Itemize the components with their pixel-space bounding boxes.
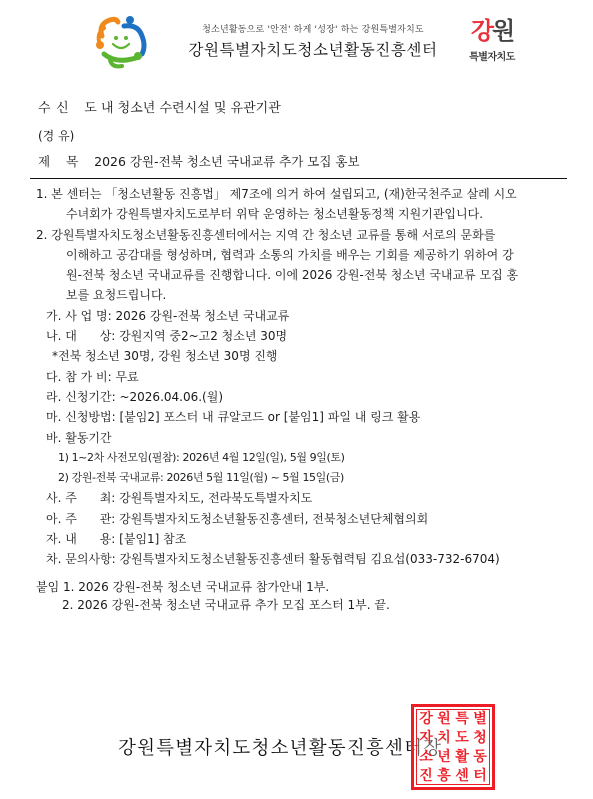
header-slogan: 청소년활동으로 '안전' 하게 '성장' 하는 강원특별자치도 [178,22,448,35]
item-activity-period: 바. 활동기간 [36,428,576,448]
center-logo-icon [92,14,150,70]
signer-title: 강원특별자치도청소년활동진흥센터장 [118,734,442,760]
gangwon-province-logo: 강원 특별자치도 [466,16,518,68]
item-project-name: 가. 사 업 명: 2026 강원-전북 청소년 국내교류 [36,306,576,326]
item-host: 사. 주 최: 강원특별자치도, 전라북도특별자치도 [36,488,576,508]
gangwon-subtitle: 특별자치도 [466,48,518,63]
attachment-1: 붙임 1. 2026 강원-전북 청소년 국내교류 참가안내 1부. [36,579,390,597]
attachments: 붙임 1. 2026 강원-전북 청소년 국내교류 참가안내 1부. 2. 20… [36,579,390,614]
item-application-period: 라. 신청기간: ~2026.04.06.(월) [36,387,576,407]
schedule-2: 2) 강원-전북 국내교류: 2026년 5월 11일(월) ~ 5월 15일(… [36,468,576,488]
header-organization: 강원특별자치도청소년활동진흥센터 [163,38,463,60]
paragraph-1: 1. 본 센터는 「청소년활동 진흥법」 제7조에 의거 하여 설립되고, (재… [36,184,576,225]
schedule-1: 1) 1~2차 사전모임(필참): 2026년 4월 12일(일), 5월 9일… [36,448,576,468]
official-seal-stamp: 강 원 특 별 자 치 도 청 소 년 활 동 진 흥 센 터 [411,704,495,790]
subject-value: 2026 강원-전북 청소년 국내교류 추가 모집 홍보 [94,154,359,169]
seal-characters: 강 원 특 별 자 치 도 청 소 년 활 동 진 흥 센 터 [416,709,490,785]
item-inquiry: 차. 문의사항: 강원특별자치도청소년활동진흥센터 활동협력팀 김요섭(033-… [36,549,576,569]
subject-divider [30,178,567,179]
item-organizer: 아. 주 관: 강원특별자치도청소년활동진흥센터, 전북청소년단체협의회 [36,509,576,529]
target-note: *전북 청소년 30명, 강원 청소년 30명 진행 [36,346,576,366]
attachment-2: 2. 2026 강원-전북 청소년 국내교류 추가 모집 포스터 1부. 끝. [36,597,390,615]
item-target: 나. 대 상: 강원지역 중2~고2 청소년 30명 [36,326,576,346]
document-body: 1. 본 센터는 「청소년활동 진흥법」 제7조에 의거 하여 설립되고, (재… [36,184,576,570]
recipient-line: 수 신 도 내 청소년 수련시설 및 유관기관 [38,97,281,116]
official-document: 청소년활동으로 '안전' 하게 '성장' 하는 강원특별자치도 강원특별자치도청… [0,0,593,799]
item-fee: 다. 참 가 비: 무료 [36,367,576,387]
item-content: 자. 내 용: [붙임1] 참조 [36,529,576,549]
item-application-method: 마. 신청방법: [붙임2] 포스터 내 큐알코드 or [붙임1] 파일 내 … [36,407,576,427]
via-line: (경 유) [38,127,74,144]
gangwon-wordmark: 강원 [466,16,518,46]
recipient-value: 도 내 청소년 수련시설 및 유관기관 [84,101,280,116]
subject-line: 제 목 2026 강원-전북 청소년 국내교류 추가 모집 홍보 [38,152,360,170]
paragraph-2: 2. 강원특별자치도청소년활동진흥센터에서는 지역 간 청소년 교류를 통해 서… [36,225,576,306]
